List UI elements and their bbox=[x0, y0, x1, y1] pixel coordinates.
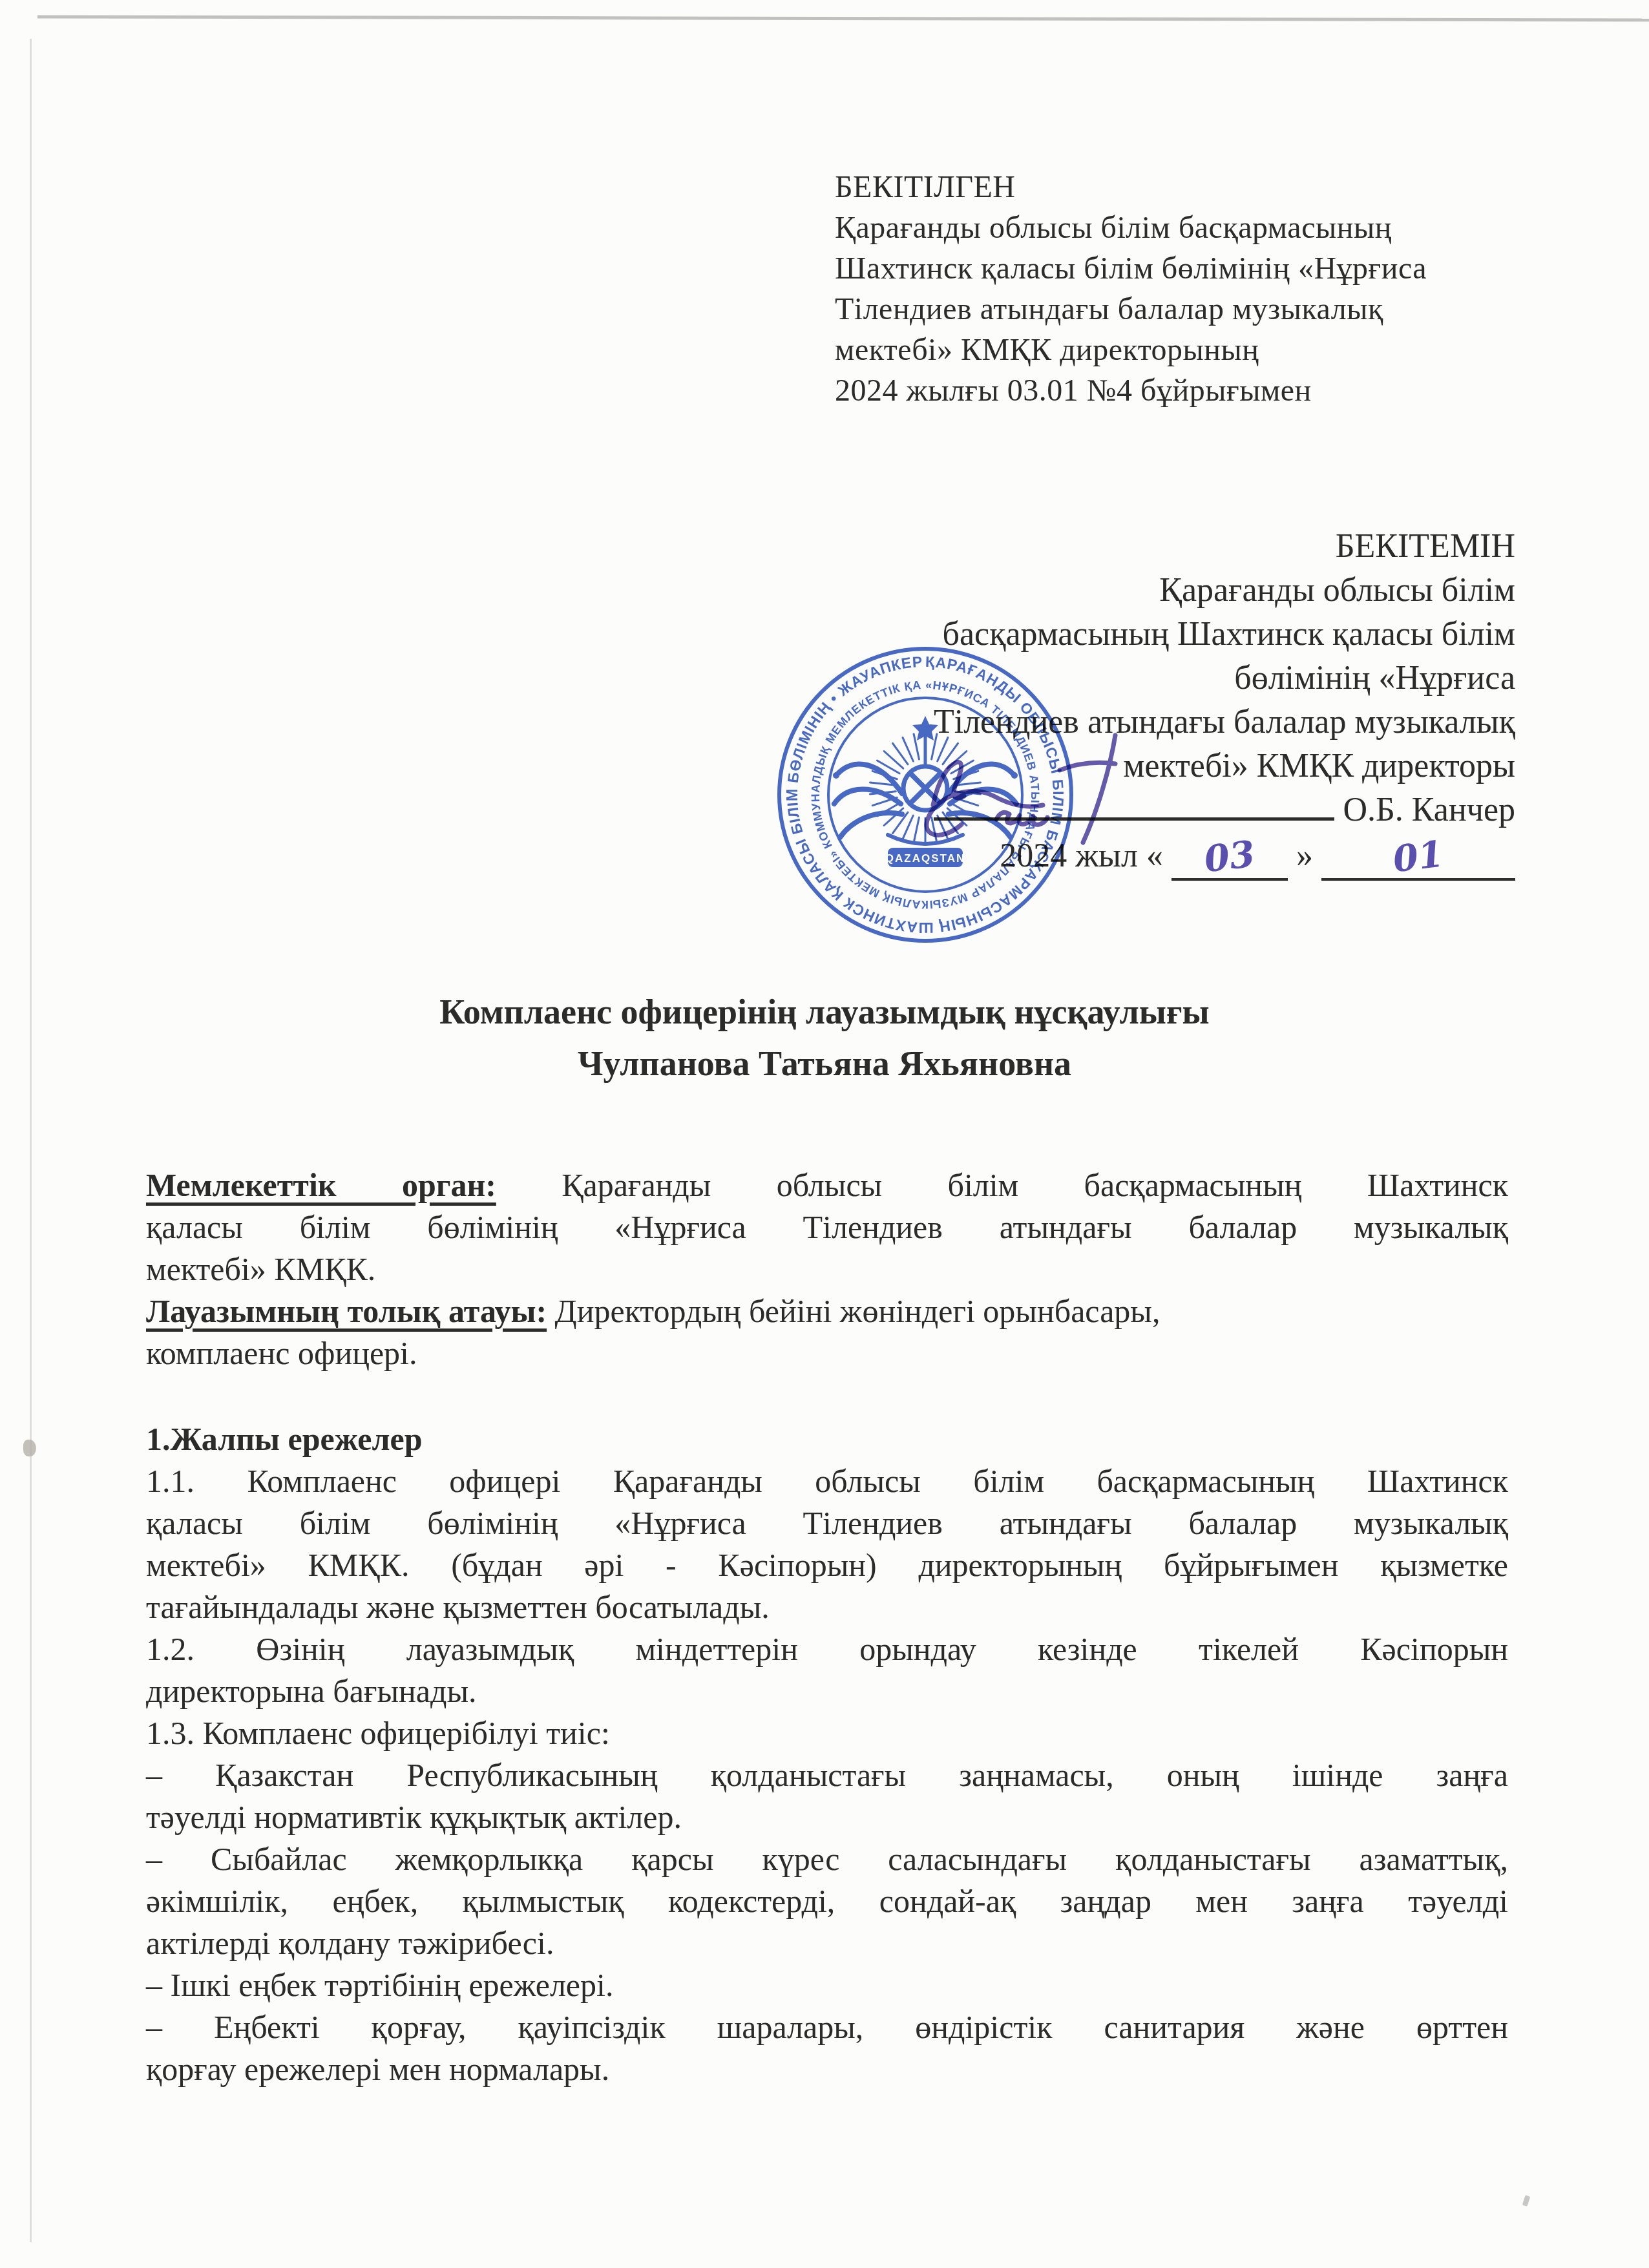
body-line: Мемлекеттік орган: Қарағанды облысы білі… bbox=[146, 1164, 1508, 1206]
title-line-1: Комплаенс офицерінің лауазымдық нұсқаулы… bbox=[0, 986, 1649, 1038]
handwritten-month: 01 bbox=[1391, 832, 1446, 882]
document-body: Мемлекеттік орган: Қарағанды облысы білі… bbox=[146, 1164, 1508, 2090]
date-day-blank: 03 bbox=[1171, 832, 1288, 881]
approved-line: мектебі» КМҚК директорының bbox=[835, 330, 1546, 370]
approved-lines: Қарағанды облысы білім басқармасыныңШахт… bbox=[835, 207, 1546, 411]
body-line: 1.Жалпы ережелер bbox=[146, 1418, 1508, 1460]
body-line: 1.2. Өзінің лауазымдық міндеттерін орынд… bbox=[146, 1628, 1508, 1670]
body-line: мектебі» КМҚК. (бұдан әрі - Кәсіпорын) д… bbox=[146, 1544, 1508, 1586]
body-line: актілерді қолдану тәжірибесі. bbox=[146, 1922, 1508, 1964]
director-name: О.Б. Канчер bbox=[1343, 792, 1515, 828]
scan-smudge bbox=[23, 1440, 36, 1456]
approval-line: Қарағанды облысы білім bbox=[649, 569, 1515, 613]
body-line: Лауазымның толық атауы: Директордың бейі… bbox=[146, 1290, 1508, 1332]
body-line: комплаенс офицері. bbox=[146, 1332, 1508, 1374]
scanned-document-page: БЕКІТІЛГЕН Қарағанды облысы білім басқар… bbox=[0, 0, 1649, 2268]
body-line: – Ішкі еңбек тәртібінің ережелері. bbox=[146, 1964, 1508, 2006]
body-line: қорғау ережелері мен нормалары. bbox=[146, 2048, 1508, 2090]
document-title: Комплаенс офицерінің лауазымдық нұсқаулы… bbox=[0, 986, 1649, 1089]
approval-heading: БЕКІТЕМІН bbox=[649, 525, 1515, 569]
scan-edge-top bbox=[37, 15, 1649, 21]
approved-block: БЕКІТІЛГЕН Қарағанды облысы білім басқар… bbox=[835, 167, 1546, 411]
body-line: – Қазакстан Республикасының қолданыстағы… bbox=[146, 1754, 1508, 1796]
scan-mark-bottom-right bbox=[1522, 2195, 1531, 2207]
body-line: мектебі» КМҚК. bbox=[146, 1248, 1508, 1290]
approved-heading: БЕКІТІЛГЕН bbox=[835, 167, 1546, 207]
body-line: әкімшілік, еңбек, қылмыстық кодекстерді,… bbox=[146, 1880, 1508, 1922]
approved-line: Шахтинск қаласы білім бөлімінің «Нұрғиса bbox=[835, 248, 1546, 289]
approved-line: Қарағанды облысы білім басқармасының bbox=[835, 207, 1546, 248]
body-line: қаласы білім бөлімінің «Нұрғиса Тілендие… bbox=[146, 1206, 1508, 1248]
date-month-blank: 01 bbox=[1321, 832, 1515, 881]
seal-banner-text: QAZAQSTAN bbox=[885, 852, 965, 865]
body-line: – Еңбекті қорғау, қауіпсіздік шаралары, … bbox=[146, 2006, 1508, 2048]
approved-line: Тілендиев атындағы балалар музыкалық bbox=[835, 289, 1546, 330]
approved-line: 2024 жылғы 03.01 №4 бұйрығымен bbox=[835, 370, 1546, 411]
body-line: тағайындалады және қызметтен босатылады. bbox=[146, 1586, 1508, 1628]
body-line: 1.1. Комплаенс офицері Қарағанды облысы … bbox=[146, 1460, 1508, 1502]
scan-edge-left bbox=[30, 39, 32, 2242]
signature-scribble-icon bbox=[899, 729, 1184, 845]
body-line: тәуелді нормативтік құқықтық актілер. bbox=[146, 1796, 1508, 1838]
body-line: – Сыбайлас жемқорлыкқа қарсы күрес салас… bbox=[146, 1838, 1508, 1880]
title-line-2: Чулпанова Татьяна Яхьяновна bbox=[0, 1038, 1649, 1089]
handwritten-day: 03 bbox=[1202, 832, 1257, 882]
body-line: директорына бағынады. bbox=[146, 1670, 1508, 1712]
body-line: 1.3. Комплаенс офицерібілуі тиіс: bbox=[146, 1712, 1508, 1754]
body-line: қаласы білім бөлімінің «Нұрғиса Тілендие… bbox=[146, 1502, 1508, 1544]
date-close-quote: » bbox=[1296, 837, 1313, 874]
